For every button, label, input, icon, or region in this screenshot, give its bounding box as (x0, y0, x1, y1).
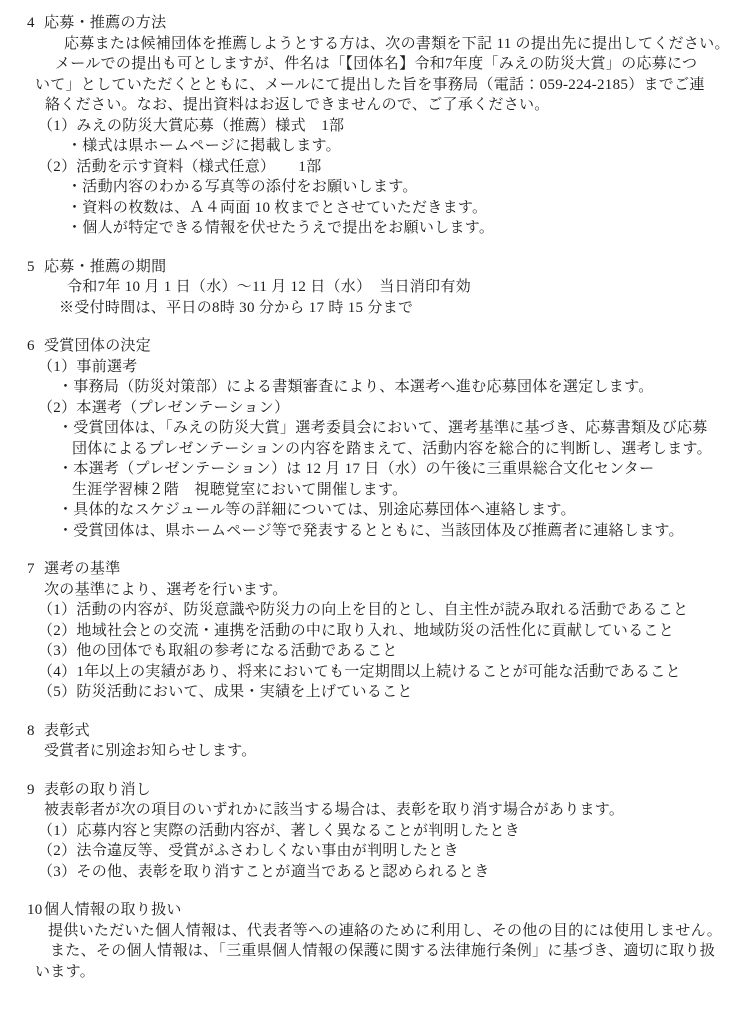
section-heading: 4応募・推薦の方法 (0, 13, 752, 34)
text-segment: （1）応募内容と実際の活動内容が、著しく異なることが判明したとき (38, 823, 520, 839)
text-line: （1）活動の内容が、防災意識や防災力の向上を目的とし、自主性が読み取れる活動であ… (0, 600, 752, 621)
section-9: 9表彰の取り消し被表彰者が次の項目のいずれかに該当する場合は、表彰を取り消す場合… (0, 780, 752, 883)
text-line: います。 (0, 962, 752, 983)
text-segment: （2）活動を示す資料（様式任意） 1部 (38, 159, 322, 175)
text-line: （3）他の団体でも取組の参考になる活動であること (0, 641, 752, 662)
section-6: 6受賞団体の決定（1）事前選考・事務局（防災対策部）による書類審査により、本選考… (0, 336, 752, 541)
section-heading: 7選考の基準 (0, 559, 752, 580)
section-number: 7 (27, 559, 44, 580)
venue-name-gothic: 生涯学習棟２階 視聴覚室 (72, 481, 256, 498)
text-segment: （5）防災活動において、成果・実績を上げていること (38, 684, 413, 700)
text-line: （1）事前選考 (0, 357, 752, 378)
text-segment: いて」としていただくとともに、メールにて提出した旨を事務局（電話：059-224… (35, 77, 705, 93)
text-line: 団体によるプレゼンテーションの内容を踏まえて、活動内容を総合的に判断し、選考しま… (0, 439, 752, 460)
section-5: 5応募・推薦の期間令和7年 10 月 1 日（水）～11 月 12 日（水） 当… (0, 257, 752, 319)
section-title: 個人情報の取り扱い (44, 902, 182, 918)
text-line: 絡ください。なお、提出資料はお返しできませんので、ご了承ください。 (0, 95, 752, 116)
section-title: 応募・推薦の方法 (44, 15, 166, 31)
section-heading: 10個人情報の取り扱い (0, 900, 752, 921)
text-line: （1）みえの防災大賞応募（推薦）様式 1部 (0, 116, 752, 137)
text-segment: 令和7年 10 月 1 日（水）～11 月 12 日（水） 当日消印有効 (67, 279, 471, 295)
text-segment: 応募または候補団体を推薦しようとする方は、次の書類を下記 11 の提出先に提出し… (64, 36, 730, 52)
text-segment: （1）みえの防災大賞応募（推薦）様式 1部 (38, 118, 344, 134)
text-line: ・事務局（防災対策部）による書類審査により、本選考へ進む応募団体を選定します。 (0, 377, 752, 398)
text-line: ・活動内容のわかる写真等の添付をお願いします。 (0, 177, 752, 198)
text-segment: （4）1年以上の実績があり、将来においても一定期間以上続けることが可能な活動であ… (38, 664, 681, 680)
text-segment: ・受賞団体は、「みえの防災大賞」選考委員会において、選考基準に基づき、応募書類及… (58, 420, 708, 436)
text-line: （2）本選考（プレゼンテーション） (0, 398, 752, 419)
text-segment: ・本選考（プレゼンテーション）は 12 月 17 日（水）の午後に (58, 461, 487, 477)
text-segment: ・事務局（防災対策部）による書類審査により、本選考へ進む応募団体を選定します。 (58, 379, 654, 395)
document-page: 4応募・推薦の方法応募または候補団体を推薦しようとする方は、次の書類を下記 11… (0, 0, 752, 1024)
text-line: （2）法令違反等、受賞がふさわしくない事由が判明したとき (0, 841, 752, 862)
text-line: （1）応募内容と実際の活動内容が、著しく異なることが判明したとき (0, 821, 752, 842)
text-line: ・資料の枚数は、Ａ４両面 10 枚までとさせていただきます。 (0, 198, 752, 219)
text-segment: また、その個人情報は、「三重県個人情報の保護に関する法律施行条例」に基づき、適切… (50, 943, 715, 959)
text-line: ・受賞団体は、「みえの防災大賞」選考委員会において、選考基準に基づき、応募書類及… (0, 418, 752, 439)
section-title: 表彰式 (44, 723, 90, 739)
section-10: 10個人情報の取り扱い提供いただいた個人情報は、代表者等への連絡のために利用し、… (0, 900, 752, 982)
text-line: 応募または候補団体を推薦しようとする方は、次の書類を下記 11 の提出先に提出し… (0, 34, 752, 55)
text-segment: （1）活動の内容が、防災意識や防災力の向上を目的とし、自主性が読み取れる活動であ… (38, 602, 688, 618)
text-line: ・様式は県ホームページに掲載します。 (0, 136, 752, 157)
text-segment: 絡ください。なお、提出資料はお返しできませんので、ご了承ください。 (45, 97, 550, 113)
section-number: 8 (27, 721, 44, 742)
text-line: 令和7年 10 月 1 日（水）～11 月 12 日（水） 当日消印有効 (0, 277, 752, 298)
section-number: 10 (27, 900, 44, 921)
text-line: 次の基準により、選考を行います。 (0, 580, 752, 601)
section-heading: 5応募・推薦の期間 (0, 257, 752, 278)
text-segment: 被表彰者が次の項目のいずれかに該当する場合は、表彰を取り消す場合があります。 (44, 802, 624, 818)
section-title: 表彰の取り消し (44, 782, 151, 798)
section-number: 6 (27, 336, 44, 357)
text-line: 生涯学習棟２階 視聴覚室において開催します。 (0, 480, 752, 501)
text-line: いて」としていただくとともに、メールにて提出した旨を事務局（電話：059-224… (0, 75, 752, 96)
section-number: 5 (27, 257, 44, 278)
text-segment: （2）本選考（プレゼンテーション） (38, 400, 289, 416)
text-segment: ・具体的なスケジュール等の詳細については、別途応募団体へ連絡します。 (58, 502, 576, 518)
text-line: 受賞者に別途お知らせします。 (0, 741, 752, 762)
text-line: メールでの提出も可としますが、件名は「【団体名】令和7年度「みえの防災大賞」の応… (0, 54, 752, 75)
text-line: ※受付時間は、平日の8時 30 分から 17 時 15 分まで (0, 298, 752, 319)
text-segment: 団体によるプレゼンテーションの内容を踏まえて、活動内容を総合的に判断し、選考しま… (72, 441, 712, 457)
document-body: 4応募・推薦の方法応募または候補団体を推薦しようとする方は、次の書類を下記 11… (0, 13, 752, 982)
section-number: 4 (27, 13, 44, 34)
text-segment: います。 (35, 964, 95, 980)
text-segment: において開催します。 (256, 482, 408, 498)
text-segment: （2）法令違反等、受賞がふさわしくない事由が判明したとき (38, 843, 459, 859)
text-segment: （1）事前選考 (38, 359, 138, 375)
text-line: 被表彰者が次の項目のいずれかに該当する場合は、表彰を取り消す場合があります。 (0, 800, 752, 821)
text-segment: （2）地域社会との交流・連携を活動の中に取り入れ、地域防災の活性化に貢献している… (38, 623, 674, 639)
text-segment: ・受賞団体は、県ホームページ等で発表するとともに、当該団体及び推薦者に連絡します… (58, 523, 684, 539)
section-heading: 6受賞団体の決定 (0, 336, 752, 357)
text-segment: （3）他の団体でも取組の参考になる活動であること (38, 643, 398, 659)
section-title: 選考の基準 (44, 561, 121, 577)
text-segment: ・個人が特定できる情報を伏せたうえで提出をお願いします。 (67, 220, 494, 236)
text-line: ・個人が特定できる情報を伏せたうえで提出をお願いします。 (0, 218, 752, 239)
text-segment: 提供いただいた個人情報は、代表者等への連絡のために利用し、その他の目的には使用し… (48, 923, 722, 939)
section-7: 7選考の基準次の基準により、選考を行います。（1）活動の内容が、防災意識や防災力… (0, 559, 752, 703)
text-line: ・受賞団体は、県ホームページ等で発表するとともに、当該団体及び推薦者に連絡します… (0, 521, 752, 542)
section-4: 4応募・推薦の方法応募または候補団体を推薦しようとする方は、次の書類を下記 11… (0, 13, 752, 239)
text-line: （4）1年以上の実績があり、将来においても一定期間以上続けることが可能な活動であ… (0, 662, 752, 683)
text-segment: （3）その他、表彰を取り消すことが適当であると認められるとき (38, 864, 490, 880)
text-line: ・本選考（プレゼンテーション）は 12 月 17 日（水）の午後に三重県総合文化… (0, 459, 752, 480)
section-heading: 8表彰式 (0, 721, 752, 742)
text-line: （2）活動を示す資料（様式任意） 1部 (0, 157, 752, 178)
text-segment: ・様式は県ホームページに掲載します。 (67, 138, 341, 154)
text-segment: ※受付時間は、平日の8時 30 分から 17 時 15 分まで (59, 300, 413, 316)
text-line: また、その個人情報は、「三重県個人情報の保護に関する法律施行条例」に基づき、適切… (0, 941, 752, 962)
venue-name-gothic: 三重県総合文化センター (487, 460, 655, 477)
text-segment: ・資料の枚数は、Ａ４両面 10 枚までとさせていただきます。 (67, 200, 487, 216)
text-segment: 次の基準により、選考を行います。 (44, 582, 288, 598)
text-line: （5）防災活動において、成果・実績を上げていること (0, 682, 752, 703)
text-segment: メールでの提出も可としますが、件名は「【団体名】令和7年度「みえの防災大賞」の応… (55, 56, 697, 72)
section-title: 応募・推薦の期間 (44, 259, 166, 275)
section-title: 受賞団体の決定 (44, 338, 151, 354)
text-line: ・具体的なスケジュール等の詳細については、別途応募団体へ連絡します。 (0, 500, 752, 521)
section-heading: 9表彰の取り消し (0, 780, 752, 801)
text-line: （2）地域社会との交流・連携を活動の中に取り入れ、地域防災の活性化に貢献している… (0, 621, 752, 642)
section-number: 9 (27, 780, 44, 801)
section-8: 8表彰式受賞者に別途お知らせします。 (0, 721, 752, 762)
text-line: （3）その他、表彰を取り消すことが適当であると認められるとき (0, 862, 752, 883)
text-segment: 受賞者に別途お知らせします。 (44, 743, 257, 759)
text-line: 提供いただいた個人情報は、代表者等への連絡のために利用し、その他の目的には使用し… (0, 921, 752, 942)
text-segment: ・活動内容のわかる写真等の添付をお願いします。 (67, 179, 418, 195)
